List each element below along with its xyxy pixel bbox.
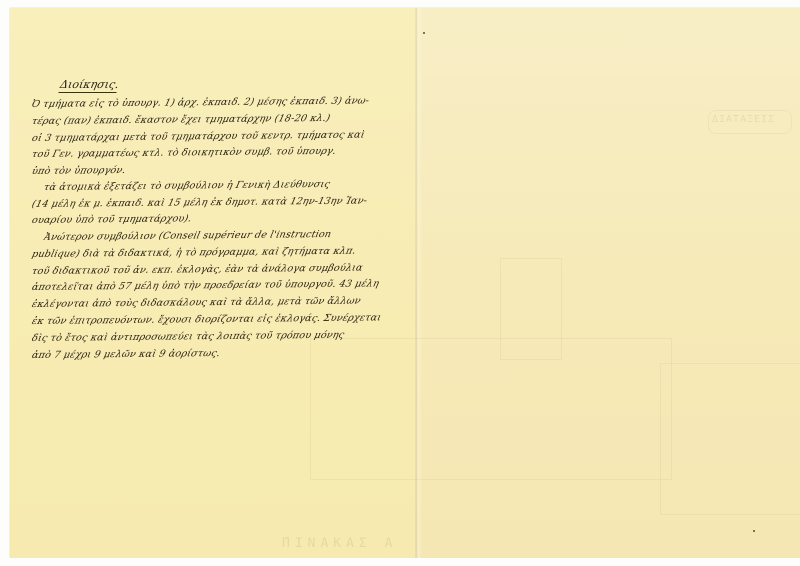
scanned-document-page: ΔΙΑΤΑΞΕΙΣ ΠΙΝΑΚΑΣ Α Διοίκησις. Ὀ τμήματα…: [10, 8, 800, 558]
bleed-through-stamp-text: ΔΙΑΤΑΞΕΙΣ: [712, 114, 775, 125]
document-heading: Διοίκησις.: [58, 78, 120, 93]
ink-spot: [423, 32, 425, 34]
scan-margin: [0, 558, 800, 566]
bleed-through-table-right: [660, 363, 800, 515]
ink-spot: [753, 530, 755, 532]
bleed-through-bottom-label: ΠΙΝΑΚΑΣ Α: [282, 536, 397, 551]
bleed-through-table-mid: [310, 338, 672, 480]
